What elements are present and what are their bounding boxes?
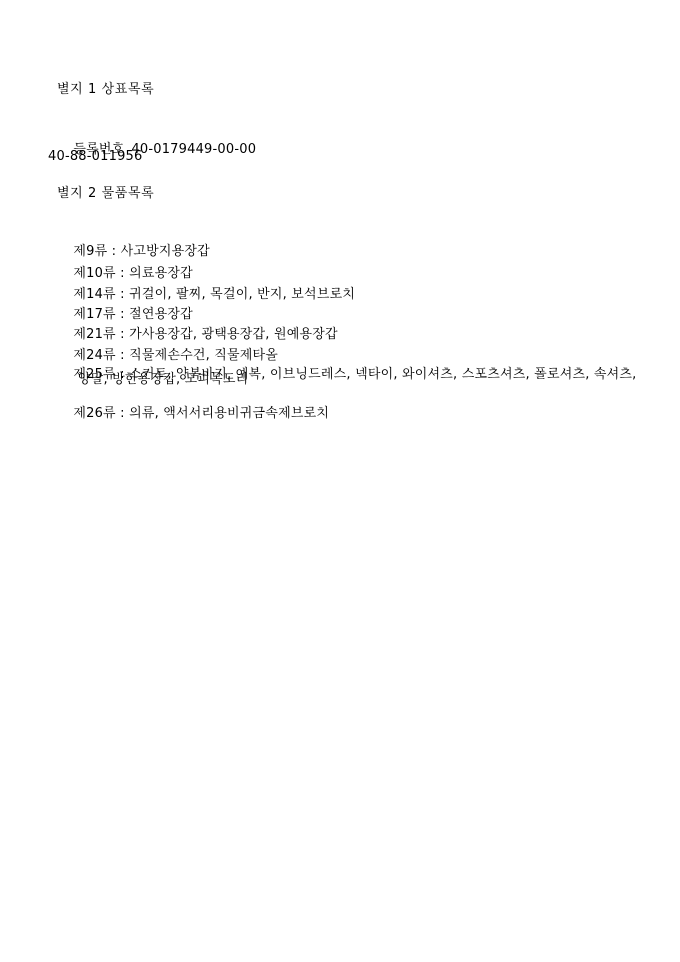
attachment2-heading: 별지 2 물품목록 — [57, 186, 154, 201]
class-separator: : — [116, 406, 129, 421]
attachment1-heading: 별지 1 상표목록 — [57, 82, 154, 97]
registration-number-2: 40-88-011956 — [48, 149, 143, 164]
class-number: 제26류 — [73, 406, 115, 421]
goods-class-row-25-wrap: 양말, 방한용장갑, 모피목도리 — [78, 372, 248, 387]
class-goods: 의류, 액서서리용비귀금속제브로치 — [129, 406, 329, 421]
goods-class-row-26: 제26류 : 의류, 액서서리용비귀금속제브로치 — [56, 391, 329, 436]
document-page: 별지 1 상표목록 등록번호40-0179449-00-00 40-88-011… — [0, 0, 680, 962]
registration-number: 40-0179449-00-00 — [131, 142, 256, 157]
